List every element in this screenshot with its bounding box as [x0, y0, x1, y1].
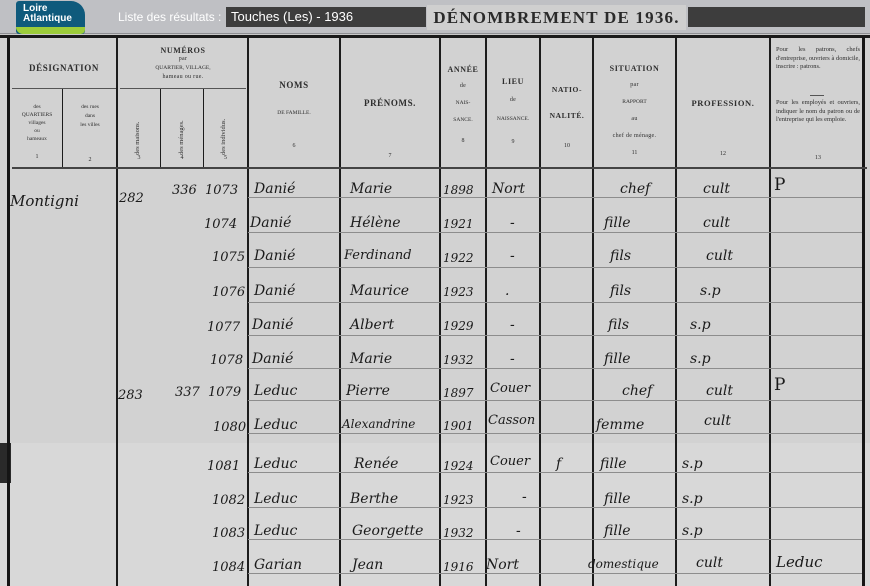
column-number: 2 — [64, 156, 116, 165]
cell-individu: 1074 — [204, 217, 237, 232]
cell-profession: s.p — [690, 351, 711, 367]
cell-annee: 1923 — [443, 493, 474, 507]
cell-lieu: - — [510, 317, 515, 333]
cell-situation: fils — [610, 283, 631, 299]
header-text: ou — [12, 127, 62, 135]
cell-profession: s.p — [690, 317, 711, 333]
column-number: 5 — [204, 155, 247, 161]
cell-prenom: Berthe — [350, 491, 398, 507]
header-text: NOMS — [249, 80, 339, 90]
row-rule — [248, 507, 862, 508]
header-noms: NOMS DE FAMILLE. 6 — [249, 80, 339, 149]
header-text: hameaux — [12, 135, 62, 143]
cell-annee: 1921 — [443, 217, 474, 231]
header-text: par — [118, 55, 248, 64]
cell-annee: 1898 — [443, 183, 474, 197]
cell-nom: Danié — [252, 317, 293, 333]
cell-nom: Danié — [254, 248, 295, 264]
column-number: 9 — [487, 138, 539, 147]
header-col3: des maisons. — [134, 122, 141, 155]
col-divider — [769, 38, 771, 586]
cell-menage: 336 — [172, 183, 197, 198]
loire-atlantique-logo[interactable]: Loire Atlantique — [16, 1, 85, 34]
column-number: 4 — [161, 155, 203, 161]
header-text: dans — [64, 112, 116, 121]
results-list-selector[interactable]: Touches (Les) - 1936 — [226, 7, 426, 27]
cell-prenom: Marie — [350, 351, 392, 367]
header-lieu: LIEU de NAISSANCE. 9 — [487, 77, 539, 147]
cell-individu: 1077 — [207, 320, 240, 335]
row-rule — [248, 539, 862, 540]
header-text: NAISSANCE. — [487, 115, 539, 124]
cell-annee: 1901 — [443, 419, 474, 433]
header-text: DE FAMILLE. — [249, 110, 339, 116]
cell-nom: Leduc — [254, 383, 297, 399]
cell-profession: cult — [704, 413, 731, 429]
header-designation: DÉSIGNATION — [14, 63, 114, 73]
cell-profession: s.p — [700, 283, 721, 299]
page-right-border — [862, 37, 865, 586]
header-text: de — [487, 96, 539, 105]
cell-profession: s.p — [682, 523, 703, 539]
header-bottom-rule — [12, 167, 867, 169]
cell-individu: 1082 — [212, 493, 245, 508]
header-profession: PROFESSION. 12 — [677, 98, 769, 157]
cell-prenom: Maurice — [350, 283, 409, 299]
cell-individu: 1076 — [212, 285, 245, 300]
header-text: chef de ménage. — [594, 132, 675, 141]
row-rule — [248, 472, 862, 473]
cell-nom: Danié — [254, 181, 295, 197]
header-text: QUARTIER, VILLAGE, — [118, 64, 248, 73]
cell-lieu: - — [522, 489, 527, 505]
cell-prenom: Jean — [352, 557, 383, 573]
header-text: LIEU — [487, 77, 539, 86]
header-numeros: NUMÉROS par QUARTIER, VILLAGE, hameau ou… — [118, 46, 248, 82]
header-text: NALITÉ. — [541, 111, 593, 120]
header-situation: SITUATION par RAPPORT au chef de ménage.… — [594, 64, 675, 158]
cell-lieu: - — [510, 248, 515, 264]
logo-text-line2: Atlantique — [23, 14, 72, 24]
cell-lieu: - — [510, 215, 515, 231]
cell-situation: fille — [604, 351, 631, 367]
header-text: ANNÉE — [441, 65, 485, 74]
column-number: 10 — [541, 142, 593, 151]
header-text: QUARTIERS — [12, 111, 62, 119]
cell-profession: cult — [706, 248, 733, 264]
header-text: NATIO- — [541, 85, 593, 94]
cell-nom: Danié — [250, 215, 291, 231]
viewer-toolbar: Loire Atlantique Liste des résultats : T… — [0, 0, 870, 34]
row-rule — [248, 197, 862, 198]
cell-annee: 1932 — [443, 526, 474, 540]
cell-lieu: Casson — [488, 413, 535, 428]
header-text: SANCE. — [441, 116, 485, 125]
header-text: au — [594, 115, 675, 124]
cell-profession: cult — [706, 383, 733, 399]
cell-patron: Leduc — [776, 553, 823, 571]
header-text: PRÉNOMS. — [341, 98, 439, 108]
header-text: NUMÉROS — [118, 46, 248, 55]
cell-nom: Leduc — [254, 491, 297, 507]
cell-situation: fille — [604, 215, 631, 231]
cell-prenom: Hélène — [350, 215, 401, 231]
cell-individu: 1079 — [208, 385, 241, 400]
header-text: PROFESSION. — [677, 98, 769, 108]
header-brace — [12, 88, 116, 89]
header-prenoms: PRÉNOMS. 7 — [341, 98, 439, 159]
cell-lieu: - — [516, 523, 521, 539]
cell-situation: fils — [608, 317, 629, 333]
cell-prenom: Pierre — [346, 383, 390, 399]
header-text: hameau ou rue. — [118, 73, 248, 82]
row-rule — [248, 573, 862, 574]
cell-nom: Leduc — [254, 417, 297, 433]
cell-annee: 1929 — [443, 319, 474, 333]
cell-lieu: Couer — [490, 454, 530, 469]
cell-prenom: Marie — [350, 181, 392, 197]
page-top-border — [0, 35, 870, 38]
header-text: par — [594, 81, 675, 90]
cell-situation: fille — [604, 491, 631, 507]
cell-prenom: Alexandrine — [342, 417, 415, 431]
cell-individu: 1075 — [212, 250, 245, 265]
cell-situation: fils — [610, 248, 631, 264]
column-number: 6 — [249, 143, 339, 149]
cell-profession: s.p — [682, 491, 703, 507]
toolbar-empty-area — [688, 7, 865, 27]
header-text: SITUATION — [594, 64, 675, 73]
cell-profession: s.p — [682, 456, 703, 472]
cell-nationalite: f — [556, 456, 561, 472]
row-rule — [248, 335, 862, 336]
cell-prenom: Albert — [350, 317, 394, 333]
cell-individu: 1084 — [212, 560, 245, 575]
cell-nom: Leduc — [254, 456, 297, 472]
cell-annee: 1923 — [443, 285, 474, 299]
row-rule — [248, 267, 862, 268]
cell-annee: 1897 — [443, 386, 474, 400]
cell-annee: 1916 — [443, 560, 474, 574]
document-title: DÉNOMBREMENT DE 1936. — [427, 5, 686, 30]
cell-nom: Garian — [254, 557, 302, 573]
cell-individu: 1078 — [210, 353, 243, 368]
cell-individu: 1081 — [207, 459, 240, 474]
header-col2: des rues dans les villes 2 — [64, 103, 116, 165]
header-brace — [120, 88, 246, 89]
header-text: RAPPORT — [594, 98, 675, 107]
column-number: 3 — [118, 155, 160, 161]
cell-nom: Danié — [254, 283, 295, 299]
note-divider — [810, 95, 824, 96]
census-document-image[interactable]: DÉSIGNATION des QUARTIERS villages ou ha… — [0, 35, 870, 586]
column-number: 13 — [776, 155, 860, 161]
header-text: NAIS- — [441, 99, 485, 108]
cell-maison: 283 — [118, 388, 143, 403]
cell-lieu: Nort — [492, 181, 525, 197]
column-number: 12 — [677, 151, 769, 157]
cell-village: Montigni — [10, 192, 79, 210]
cell-patron: P — [774, 375, 785, 395]
column-number: 8 — [441, 137, 485, 146]
cell-individu: 1080 — [213, 420, 246, 435]
cell-situation: domestique — [588, 557, 659, 571]
cell-lieu: . — [505, 283, 509, 299]
header-text: de — [441, 82, 485, 91]
cell-situation: chef — [622, 383, 652, 399]
header-col5: des individus. — [220, 119, 227, 155]
header-annee: ANNÉE de NAIS- SANCE. 8 — [441, 65, 485, 146]
column-number: 7 — [341, 153, 439, 159]
header-text: les villes — [64, 121, 116, 130]
row-rule — [248, 302, 862, 303]
cell-maison: 282 — [119, 191, 144, 206]
cell-individu: 1083 — [212, 526, 245, 541]
cell-situation: femme — [596, 417, 644, 433]
header-patron-note1: Pour les patrons, chefs d'entreprise, ou… — [776, 46, 860, 72]
header-col4: des ménages. — [178, 120, 185, 155]
header-nationalite: NATIO- NALITÉ. 10 — [541, 85, 593, 151]
column-number: 11 — [594, 149, 675, 158]
cell-profession: cult — [703, 181, 730, 197]
cell-lieu: Couer — [490, 381, 530, 396]
row-rule — [248, 232, 862, 233]
col-divider — [116, 38, 118, 586]
cell-individu: 1073 — [205, 183, 238, 198]
cell-prenom: Georgette — [352, 523, 423, 539]
page-left-border — [7, 37, 10, 586]
cell-patron: P — [774, 175, 785, 195]
cell-lieu: - — [510, 351, 515, 367]
cell-lieu: Nort — [486, 557, 519, 573]
cell-situation: fille — [604, 523, 631, 539]
results-list-label: Liste des résultats : — [118, 10, 221, 24]
header-patron-note2: Pour les employés et ouvriers, indiquer … — [776, 99, 860, 125]
cell-nom: Danié — [252, 351, 293, 367]
header-text: des rues — [64, 103, 116, 112]
header-col1: des QUARTIERS villages ou hameaux 1 — [12, 103, 62, 161]
cell-situation: chef — [620, 181, 650, 197]
cell-annee: 1932 — [443, 353, 474, 367]
column-number: 1 — [12, 153, 62, 161]
cell-profession: cult — [696, 555, 723, 571]
scan-lower-section — [0, 443, 870, 586]
cell-annee: 1922 — [443, 251, 474, 265]
cell-prenom: Ferdinand — [344, 248, 412, 263]
header-text: villages — [12, 119, 62, 127]
cell-situation: fille — [600, 456, 627, 472]
cell-annee: 1924 — [443, 459, 474, 473]
col-divider — [62, 89, 63, 169]
cell-profession: cult — [703, 215, 730, 231]
row-rule — [248, 368, 862, 369]
cell-prenom: Renée — [354, 456, 398, 472]
row-rule — [248, 400, 862, 401]
cell-menage: 337 — [175, 385, 200, 400]
cell-nom: Leduc — [254, 523, 297, 539]
row-rule — [248, 433, 862, 434]
header-text: des — [12, 103, 62, 111]
